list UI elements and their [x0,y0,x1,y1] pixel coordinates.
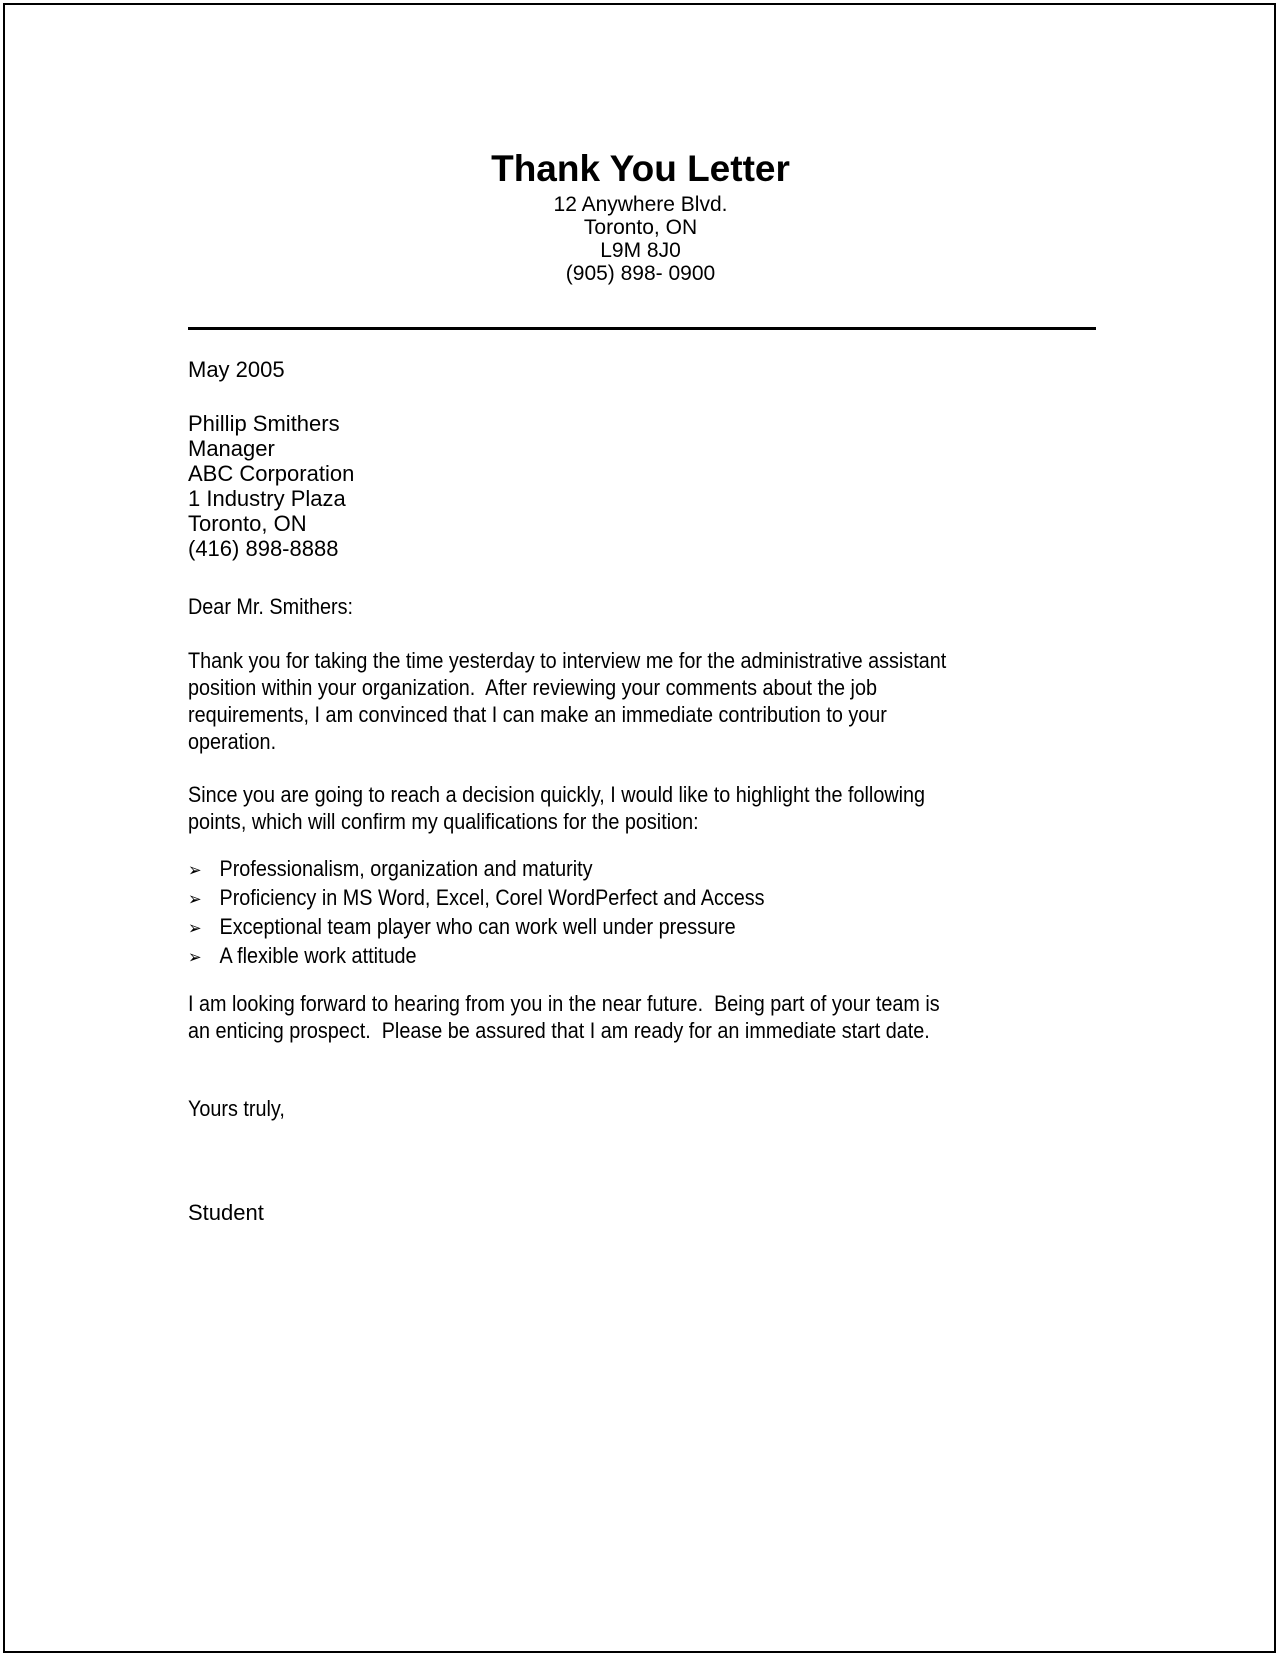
text-line: Manager [188,436,354,461]
text-line: requirements, I am convinced that I can … [188,701,946,728]
text-line: 1 Industry Plaza [188,486,354,511]
text-line: Toronto, ON [0,216,1281,239]
header-divider-rule [188,327,1096,330]
body-paragraph-thank-you: Thank you for taking the time yesterday … [188,647,946,755]
bullet-item: ➢A flexible work attitude [188,942,765,971]
signature-name: Student [188,1200,264,1225]
bullet-text: Proficiency in MS Word, Excel, Corel Wor… [220,884,765,912]
sign-off: Yours truly, [188,1095,285,1122]
recipient-address-block: Phillip SmithersManagerABC Corporation1 … [188,411,354,561]
qualifications-bullet-list: ➢Professionalism, organization and matur… [188,855,765,971]
salutation: Dear Mr. Smithers: [188,593,353,620]
text-line: Phillip Smithers [188,411,354,436]
bullet-text: Professionalism, organization and maturi… [220,855,593,883]
text-line: Since you are going to reach a decision … [188,781,925,808]
arrow-bullet-icon: ➢ [188,914,220,942]
sender-address: 12 Anywhere Blvd.Toronto, ONL9M 8J0(905)… [0,193,1281,285]
arrow-bullet-icon: ➢ [188,885,220,913]
arrow-bullet-icon: ➢ [188,856,220,884]
text-line: points, which will confirm my qualificat… [188,808,925,835]
text-line: L9M 8J0 [0,239,1281,262]
letter-title: Thank You Letter [0,149,1281,189]
bullet-item: ➢Exceptional team player who can work we… [188,913,765,942]
bullet-item: ➢Proficiency in MS Word, Excel, Corel Wo… [188,884,765,913]
text-line: position within your organization. After… [188,674,946,701]
text-line: (416) 898-8888 [188,536,354,561]
text-line: operation. [188,728,946,755]
text-line: ABC Corporation [188,461,354,486]
body-paragraph-highlight: Since you are going to reach a decision … [188,781,925,835]
letter-date: May 2005 [188,357,285,382]
text-line: an enticing prospect. Please be assured … [188,1017,940,1044]
text-line: Toronto, ON [188,511,354,536]
body-paragraph-closing: I am looking forward to hearing from you… [188,990,940,1044]
text-line: Thank you for taking the time yesterday … [188,647,946,674]
text-line: (905) 898- 0900 [0,262,1281,285]
text-line: I am looking forward to hearing from you… [188,990,940,1017]
bullet-text: Exceptional team player who can work wel… [220,913,736,941]
bullet-text: A flexible work attitude [220,942,417,970]
arrow-bullet-icon: ➢ [188,943,220,971]
text-line: 12 Anywhere Blvd. [0,193,1281,216]
bullet-item: ➢Professionalism, organization and matur… [188,855,765,884]
